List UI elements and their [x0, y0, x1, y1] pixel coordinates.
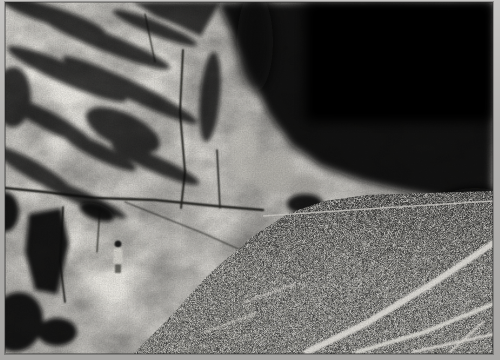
- photo-illustration: [5, 2, 493, 354]
- photo-mount: [0, 0, 500, 360]
- photograph: [5, 2, 493, 354]
- film-grain: [5, 2, 493, 354]
